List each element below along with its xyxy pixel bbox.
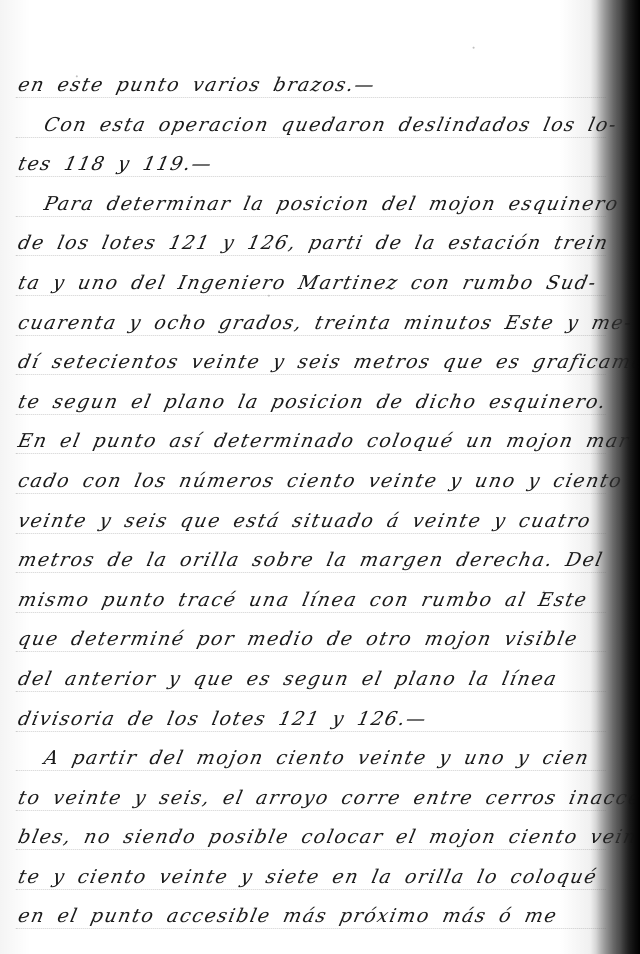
text-line: Para determinar la posicion del mojon es… bbox=[14, 185, 612, 225]
text-line: cado con los números ciento veinte y uno… bbox=[14, 462, 612, 502]
text-line: mismo punto tracé una línea con rumbo al… bbox=[14, 581, 612, 621]
text-line: divisoria de los lotes 121 y 126.— bbox=[14, 700, 612, 740]
text-line: te segun el plano la posicion de dicho e… bbox=[14, 383, 612, 423]
text-line: que determiné por medio de otro mojon vi… bbox=[14, 620, 612, 660]
text-line: Con esta operacion quedaron deslindados … bbox=[14, 106, 612, 146]
text-line: A partir del mojon ciento veinte y uno y… bbox=[14, 739, 612, 779]
text-line: ta y uno del Ingeniero Martinez con rumb… bbox=[14, 264, 612, 304]
text-line: to veinte y seis, el arroyo corre entre … bbox=[14, 779, 612, 819]
scanned-page: en este punto varios brazos.— Con esta o… bbox=[0, 0, 640, 954]
text-line: en el punto accesible más próximo más ó … bbox=[14, 897, 612, 937]
text-line: del anterior y que es segun el plano la … bbox=[14, 660, 612, 700]
page-edge-shadow bbox=[596, 0, 640, 954]
text-line: En el punto así determinado coloqué un m… bbox=[14, 422, 612, 462]
text-line: metros de la orilla sobre la margen dere… bbox=[14, 541, 612, 581]
text-line: veinte y seis que está situado á veinte … bbox=[14, 502, 612, 542]
text-line: en este punto varios brazos.— bbox=[14, 66, 612, 106]
text-line: bles, no siendo posible colocar el mojon… bbox=[14, 818, 612, 858]
text-line: tes 118 y 119.— bbox=[14, 145, 612, 185]
text-line: te y ciento veinte y siete en la orilla … bbox=[14, 858, 612, 898]
handwritten-text-block: en este punto varios brazos.— Con esta o… bbox=[14, 66, 604, 937]
text-line: cuarenta y ocho grados, treinta minutos … bbox=[14, 304, 612, 344]
text-line: de los lotes 121 y 126, parti de la esta… bbox=[14, 224, 612, 264]
text-line: dí setecientos veinte y seis metros que … bbox=[14, 343, 612, 383]
